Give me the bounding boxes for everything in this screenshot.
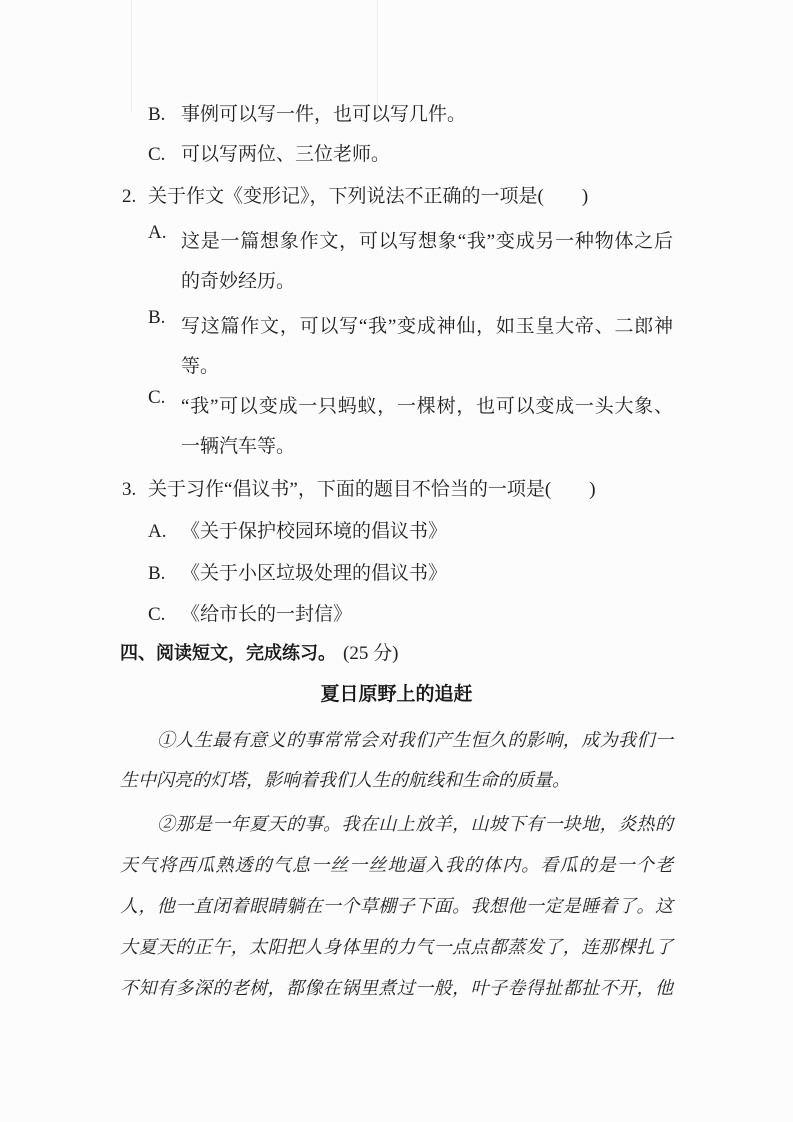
scan-artifact-line bbox=[131, 0, 132, 112]
q3-option-a: A. 《关于保护校园环境的倡议书》 bbox=[148, 512, 447, 552]
q3-option-c-text: 《给市长的一封信》 bbox=[181, 595, 352, 635]
question3-number: 3. bbox=[122, 470, 148, 510]
question3-stem-row: 3. 关于习作“倡议书”，下面的题目不恰当的一项是( ) bbox=[122, 470, 596, 510]
passage-paragraph-1: ①人生最有意义的事常常会对我们产生恒久的影响，成为我们一 生中闪亮的灯塔，影响着… bbox=[120, 721, 673, 801]
q2-option-c-line2: 一辆汽车等。 bbox=[181, 427, 673, 467]
question2-stem-row: 2. 关于作文《变形记》，下列说法不正确的一项是( ) bbox=[122, 177, 588, 217]
q3-option-c: C. 《给市长的一封信》 bbox=[148, 595, 352, 635]
q1-option-c-label: C. bbox=[148, 135, 181, 175]
q2-option-c-line1: “我”可以变成一只蚂蚁，一棵树，也可以变成一头大象、 bbox=[181, 387, 673, 427]
q1-option-b-text: 事例可以写一件，也可以写几件。 bbox=[181, 95, 466, 135]
section4-score: (25 分) bbox=[343, 634, 398, 674]
passage-p2-line5: 不知有多深的老树，都像在锅里煮过一般，叶子卷得扯都扯不开，他 bbox=[120, 968, 673, 1009]
section4-heading-row: 四、阅读短文，完成练习。 (25 分) bbox=[120, 633, 398, 673]
q2-option-a: A. 这是一篇想象作文，可以写想象“我”变成另一种物体之后 的奇妙经历。 bbox=[148, 222, 673, 302]
question2-number: 2. bbox=[122, 177, 148, 217]
section4-heading: 四、阅读短文，完成练习。 bbox=[120, 633, 336, 673]
q1-option-c: C. 可以写两位、三位老师。 bbox=[148, 135, 390, 175]
q2-option-c-label: C. bbox=[148, 387, 181, 467]
q1-option-b: B. 事例可以写一件，也可以写几件。 bbox=[148, 95, 466, 135]
question3-stem: 关于习作“倡议书”，下面的题目不恰当的一项是( ) bbox=[148, 470, 596, 510]
q2-option-a-label: A. bbox=[148, 222, 181, 302]
q2-option-a-line1: 这是一篇想象作文，可以写想象“我”变成另一种物体之后 bbox=[181, 222, 673, 262]
q2-option-a-line2: 的奇妙经历。 bbox=[181, 262, 673, 302]
q3-option-a-label: A. bbox=[148, 512, 181, 552]
q2-option-c: C. “我”可以变成一只蚂蚁，一棵树，也可以变成一头大象、 一辆汽车等。 bbox=[148, 387, 673, 467]
passage-p1-line2: 生中闪亮的灯塔，影响着我们人生的航线和生命的质量。 bbox=[120, 761, 673, 801]
q3-option-b: B. 《关于小区垃圾处理的倡议书》 bbox=[148, 554, 447, 594]
exam-page: B. 事例可以写一件，也可以写几件。 C. 可以写两位、三位老师。 2. 关于作… bbox=[0, 0, 793, 1122]
q3-option-b-text: 《关于小区垃圾处理的倡议书》 bbox=[181, 554, 447, 594]
passage-p2-line2: 天气将西瓜熟透的气息一丝一丝地逼入我的体内。看瓜的是一个老 bbox=[120, 845, 673, 886]
q1-option-b-label: B. bbox=[148, 95, 181, 135]
q2-option-b: B. 写这篇作文，可以写“我”变成神仙，如玉皇大帝、二郎神 等。 bbox=[148, 307, 673, 387]
passage-paragraph-2: ②那是一年夏天的事。我在山上放羊，山坡下有一块地，炎热的 天气将西瓜熟透的气息一… bbox=[120, 804, 673, 1009]
question2-stem: 关于作文《变形记》，下列说法不正确的一项是( ) bbox=[148, 177, 588, 217]
passage-p1-line1: ①人生最有意义的事常常会对我们产生恒久的影响，成为我们一 bbox=[120, 721, 673, 761]
q2-option-b-line1: 写这篇作文，可以写“我”变成神仙，如玉皇大帝、二郎神 bbox=[181, 307, 673, 347]
passage-p2-line3: 人，他一直闭着眼睛躺在一个草棚子下面。我想他一定是睡着了。这 bbox=[120, 886, 673, 927]
q2-option-b-line2: 等。 bbox=[181, 347, 673, 387]
q1-option-c-text: 可以写两位、三位老师。 bbox=[181, 135, 390, 175]
passage-p2-line4: 大夏天的正午，太阳把人身体里的力气一点点都蒸发了，连那棵扎了 bbox=[120, 927, 673, 968]
q2-option-b-label: B. bbox=[148, 307, 181, 387]
passage-title: 夏日原野上的追赶 bbox=[120, 675, 673, 715]
q3-option-c-label: C. bbox=[148, 595, 181, 635]
q3-option-a-text: 《关于保护校园环境的倡议书》 bbox=[181, 512, 447, 552]
q3-option-b-label: B. bbox=[148, 554, 181, 594]
passage-p2-line1: ②那是一年夏天的事。我在山上放羊，山坡下有一块地，炎热的 bbox=[120, 804, 673, 845]
